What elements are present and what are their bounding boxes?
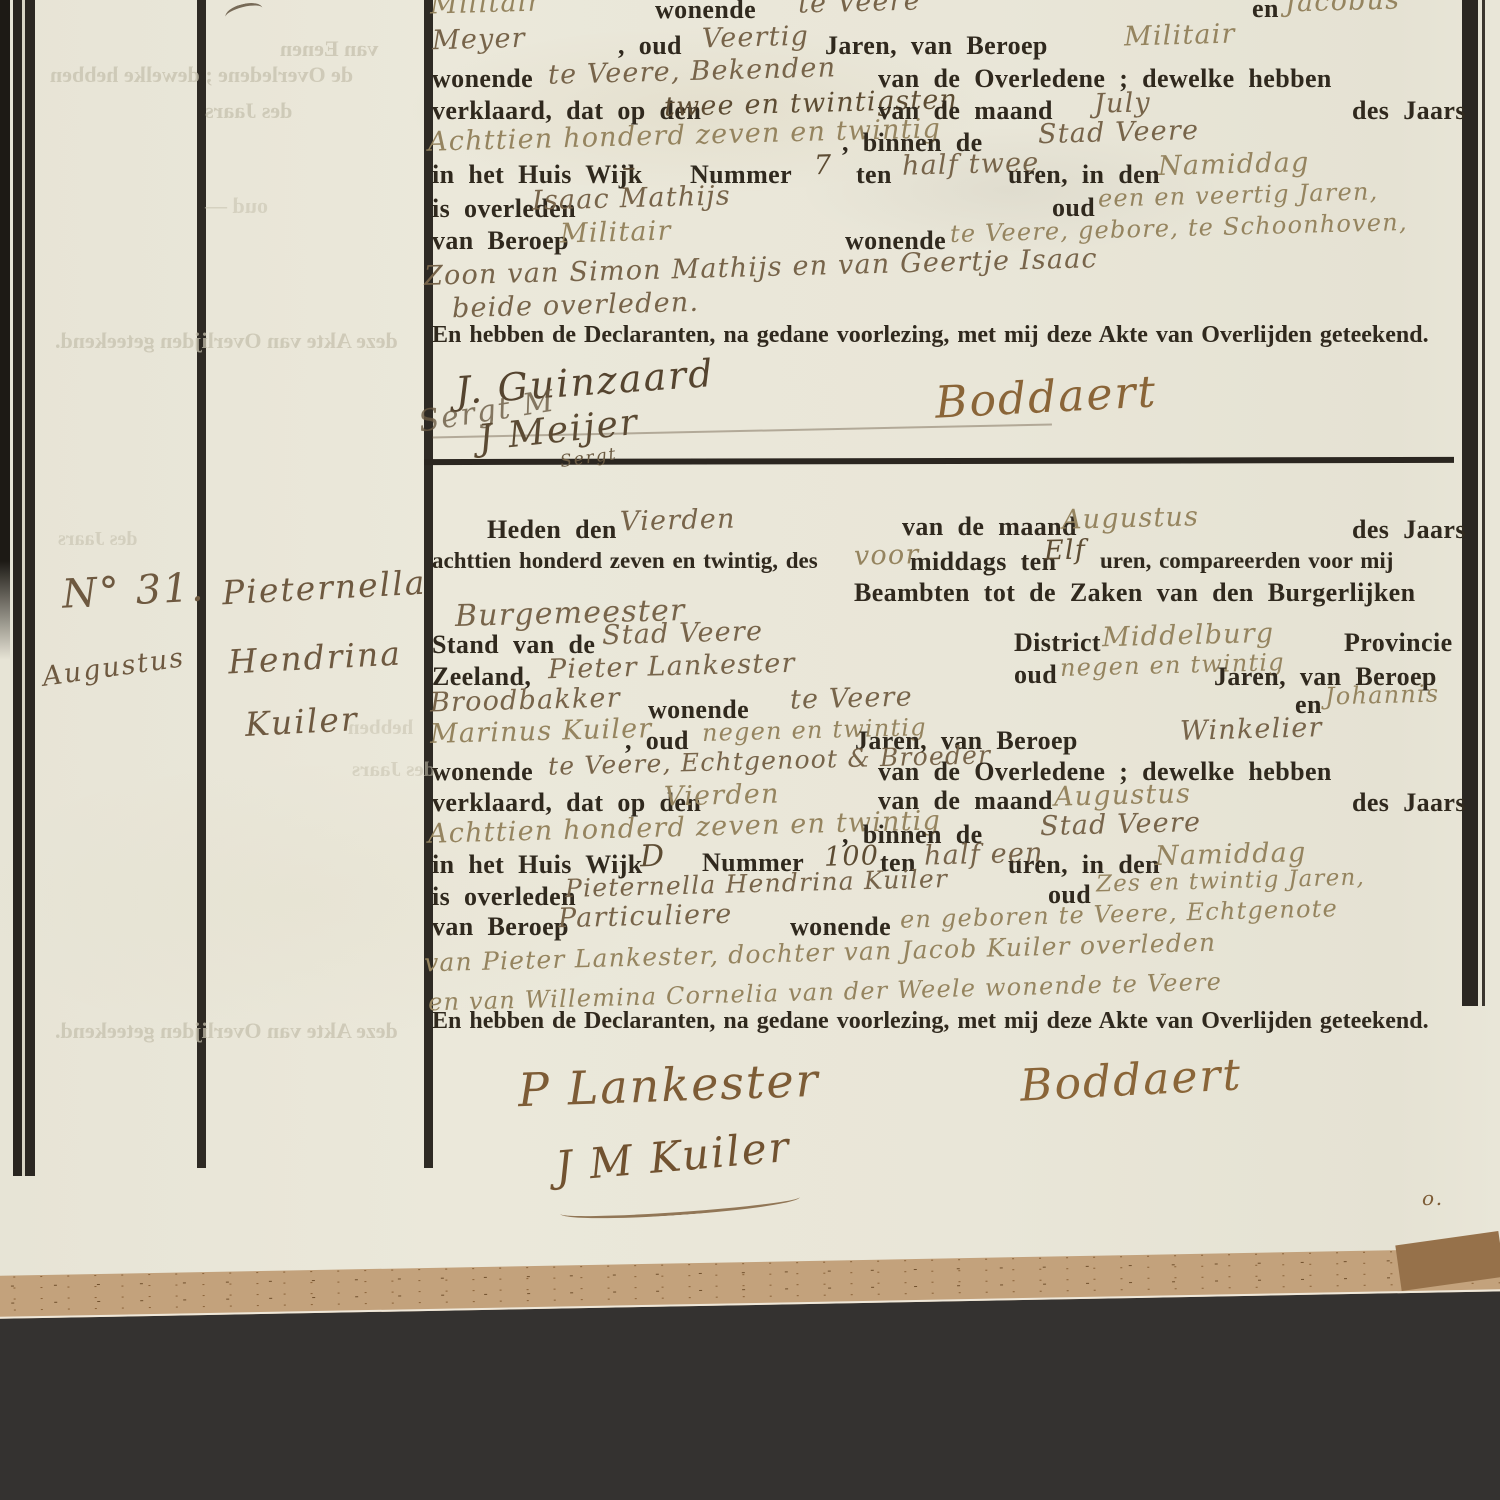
witness2-occupation-hand: Winkelier — [1180, 712, 1323, 747]
signature-declarant-2: J M Kuiler — [553, 1122, 792, 1191]
deceased-occupation-hand: Militair — [560, 216, 672, 250]
witness2-name-hand: Marinus Kuiler — [430, 713, 653, 750]
witness-surname-hand: Meyer — [432, 23, 527, 56]
death-day-hand: Vierden — [664, 778, 780, 812]
left-page-edge-shadow — [0, 0, 10, 660]
act-day-hand: Vierden — [620, 503, 736, 537]
ghost-text: des Jaars — [352, 757, 435, 782]
daypart-hand: Namiddag — [1158, 147, 1310, 182]
ghost-text: des Jaars — [205, 98, 292, 124]
act-month-hand: Augustus — [1062, 501, 1200, 536]
signature-registrar: Boddaert — [1019, 1049, 1244, 1112]
death-place-hand: Stad Veere — [1040, 807, 1202, 842]
printed-segment: wonende — [655, 0, 756, 25]
printed-segment: des Jaars — [1352, 788, 1466, 818]
printed-segment: des Jaars — [1352, 96, 1466, 126]
stray-ink-mark — [224, 0, 265, 25]
house-number-hand: 7 — [814, 150, 833, 181]
printed-segment: achttien honderd zeven en twintig, des — [432, 548, 818, 574]
margin-column-rule-1 — [13, 0, 35, 1176]
death-month-hand: July — [1094, 87, 1152, 119]
occupation-hand: Militair — [1124, 19, 1236, 53]
deceased-name-margin-1: Pieternella — [221, 563, 427, 613]
witness1-name-hand: Pieter Lankester — [548, 648, 796, 685]
record-number: N° 31. — [61, 564, 207, 617]
record-month: Augustus — [41, 642, 187, 693]
closing-printed-line: En hebben de Declaranten, na gedane voor… — [432, 322, 1429, 349]
ghost-text: des Jaars — [58, 528, 137, 551]
right-border-rule — [1462, 0, 1478, 1006]
birth-place-hand: te Veere, gebore, te Schoonhoven, — [950, 208, 1408, 248]
printed-segment: van Beroep — [432, 912, 569, 942]
wijk-hand: D — [640, 839, 666, 875]
city-hand: Stad Veere — [602, 616, 764, 651]
printed-segment: oud — [1014, 660, 1057, 690]
witness2-name-hand: Johannis — [1325, 680, 1440, 711]
witness1-occupation-hand: Broodbakker — [430, 683, 621, 719]
printed-segment: wonende — [432, 757, 533, 787]
deceased-name-margin-3: Kuiler — [244, 699, 359, 744]
closing-printed-line: En hebben de Declaranten, na gedane voor… — [432, 1008, 1429, 1035]
register-page: van Eenen de Overledene ; dewelke hebben… — [0, 0, 1500, 1300]
wijk-hand: – — [622, 152, 638, 183]
birth-residence-hand: en geboren te Veere, Echtgenote — [900, 894, 1339, 933]
district-hand: Middelburg — [1102, 618, 1275, 654]
printed-segment: des Jaars — [1352, 515, 1466, 545]
age-hand: Veertig — [702, 21, 810, 55]
printed-segment: ten — [856, 160, 892, 190]
death-place-hand: Stad Veere — [1038, 115, 1200, 150]
printed-segment: middags ten — [910, 547, 1056, 577]
right-border-rule-thin — [1482, 0, 1485, 1006]
deceased-name-hand: Isaac Mathijs — [532, 180, 732, 216]
deceased-occupation-hand: Particuliere — [558, 899, 733, 935]
printed-segment: is overleden — [432, 882, 576, 912]
stray-ink-note: o. — [1422, 1186, 1444, 1210]
residence-hand: te Veere — [790, 681, 914, 715]
deceased-name-margin-2: Hendrina — [227, 633, 403, 681]
printed-segment: Heden den — [487, 515, 617, 545]
printed-segment: wonende — [432, 64, 533, 94]
residence-relation-hand: te Veere, Bekenden — [548, 52, 837, 91]
ghost-text: de Overledene ; dewelke hebben — [50, 62, 353, 88]
printed-segment: van Beroep — [432, 226, 569, 256]
residence-hand: te Veere — [798, 0, 922, 20]
ghost-text: van Eenen — [280, 36, 378, 62]
scan-background: van Eenen de Overledene ; dewelke hebben… — [0, 0, 1500, 1500]
act-hour-hand: Elf — [1044, 534, 1087, 566]
ghost-text: oud — — [205, 193, 268, 219]
printed-segment: en — [1252, 0, 1279, 24]
printed-segment: Provincie — [1344, 628, 1453, 658]
signature-flourish-line — [560, 1188, 801, 1224]
ghost-text: deze Akte van Overlijden geteekend. — [55, 1018, 398, 1044]
signature-declarant-1: P Lankester — [517, 1053, 820, 1117]
printed-segment: Beambten tot de Zaken van den Burgerlijk… — [854, 578, 1415, 608]
signature-registrar: Boddaert — [934, 366, 1159, 429]
parents-status-hand: beide overleden. — [452, 287, 700, 324]
witness-name-hand: Jacobus — [1285, 0, 1401, 19]
occupation-hand: Militair — [430, 0, 542, 20]
ghost-text: deze Akte van Overlijden geteekend. — [55, 328, 398, 354]
printed-segment: uren, compareerden voor mij — [1100, 548, 1393, 574]
printed-segment: Jaren, van Beroep — [825, 31, 1048, 61]
deceased-age-hand: een en veertig Jaren, — [1098, 177, 1379, 212]
